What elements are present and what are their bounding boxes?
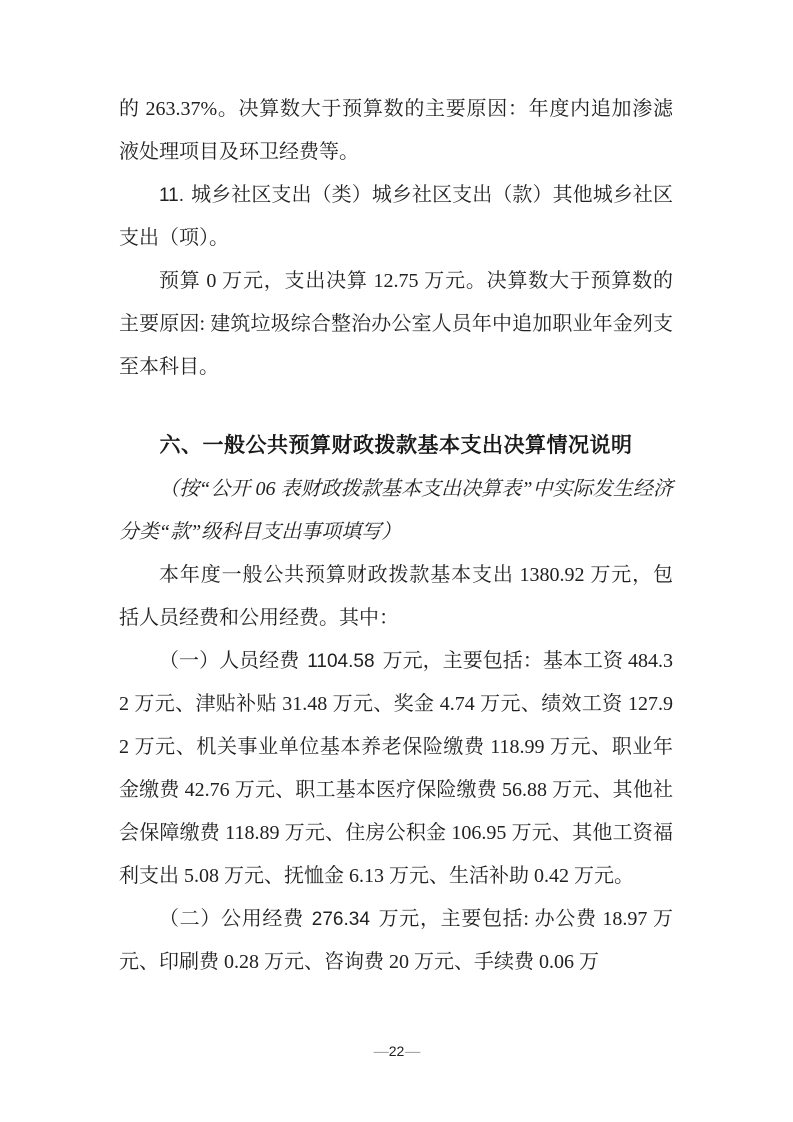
page-number: 22 (388, 1043, 406, 1059)
personnel-expense-label: （一）人员经费 (159, 650, 299, 672)
section-6-note: （按“公开 06 表财政拨款基本支出决算表”中实际发生经济分类“款”级科目支出事… (119, 468, 673, 554)
paragraph-section-6-intro: 本年度一般公共预算财政拨款基本支出 1380.92 万元，包括人员经费和公用经费… (119, 554, 673, 640)
personnel-expense-detail: 万元，主要包括：基本工资 484.32 万元、津贴补贴 31.48 万元、奖金 … (119, 650, 673, 887)
personnel-expense-amount: 1104.58 (307, 651, 374, 672)
public-expense-label: （二）公用经费 (159, 908, 304, 930)
paragraph-item-11-detail: 预算 0 万元，支出决算 12.75 万元。决算数大于预算数的主要原因: 建筑垃… (119, 260, 673, 389)
footer-dash-left: — (374, 1044, 388, 1060)
page-footer: —22— (0, 1038, 793, 1065)
section-6-heading: 六、一般公共预算财政拨款基本支出决算情况说明 (119, 423, 673, 468)
public-expense-amount: 276.34 (312, 909, 370, 930)
document-page: 的 263.37%。决算数大于预算数的主要原因：年度内追加渗滤液处理项目及环卫经… (0, 0, 793, 1122)
document-content: 的 263.37%。决算数大于预算数的主要原因：年度内追加渗滤液处理项目及环卫经… (119, 88, 673, 984)
paragraph-personnel-expense: （一）人员经费1104.58万元，主要包括：基本工资 484.32 万元、津贴补… (119, 640, 673, 898)
paragraph-overflow-continuation: 的 263.37%。决算数大于预算数的主要原因：年度内追加渗滤液处理项目及环卫经… (119, 88, 673, 174)
paragraph-public-expense: （二）公用经费276.34万元，主要包括: 办公费 18.97 万元、印刷费 0… (119, 898, 673, 984)
item-11-text: 城乡社区支出（类）城乡社区支出（款）其他城乡社区支出（项）。 (119, 184, 673, 249)
footer-dash-right: — (405, 1044, 419, 1060)
item-11-number: 11. (159, 185, 184, 206)
paragraph-item-11: 11.城乡社区支出（类）城乡社区支出（款）其他城乡社区支出（项）。 (119, 174, 673, 260)
